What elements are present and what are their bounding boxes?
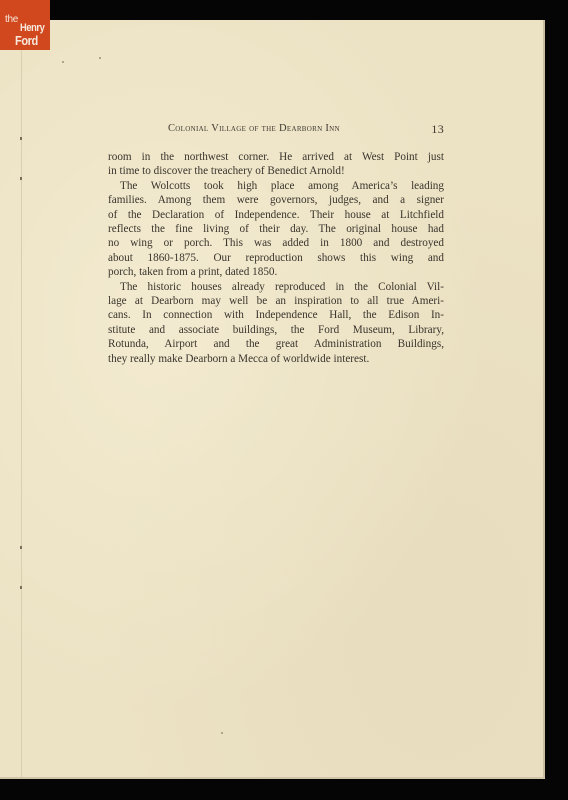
text-line: in time to discover the treachery of Ben…	[108, 164, 444, 178]
page-edge-right	[543, 20, 545, 779]
paragraph-1: room in the northwest corner. He arrived…	[108, 150, 444, 179]
page-edge-bottom	[0, 777, 545, 779]
paragraph-3: The historic houses already reproduced i…	[108, 280, 444, 366]
binding-mark	[20, 177, 22, 180]
text-line: cans. In connection with Independence Ha…	[108, 308, 444, 322]
paragraph-2: The Wolcotts took high place among Ameri…	[108, 179, 444, 280]
running-head-title: Colonial Village of the Dearborn Inn	[168, 123, 340, 134]
binding-mark	[20, 586, 22, 589]
text-line: families. Among them were governors, jud…	[108, 193, 444, 207]
text-line: stitute and associate buildings, the For…	[108, 323, 444, 337]
text-line: about 1860-1875. Our reproduction shows …	[108, 251, 444, 265]
text-line: no wing or porch. This was added in 1800…	[108, 236, 444, 250]
text-line: Rotunda, Airport and the great Administr…	[108, 337, 444, 351]
text-line: reflects the fine living of their day. T…	[108, 222, 444, 236]
paper-speck	[221, 732, 223, 734]
paper-speck	[99, 57, 101, 59]
scanned-page: Colonial Village of the Dearborn Inn 13 …	[0, 20, 545, 779]
text-line: of the Declaration of Independence. Thei…	[108, 208, 444, 222]
logo-the: the	[5, 15, 18, 25]
text-line: room in the northwest corner. He arrived…	[108, 150, 444, 164]
binding-line	[21, 20, 22, 779]
text-line: The historic houses already reproduced i…	[108, 280, 444, 294]
binding-mark	[20, 137, 22, 140]
text-line: The Wolcotts took high place among Ameri…	[108, 179, 444, 193]
logo-ford: Ford	[15, 34, 38, 47]
page-number: 13	[431, 122, 444, 137]
text-line: porch, taken from a print, dated 1850.	[108, 265, 444, 279]
paper-speck	[62, 61, 64, 63]
running-head: Colonial Village of the Dearborn Inn 13	[108, 123, 444, 139]
document-viewer: Colonial Village of the Dearborn Inn 13 …	[0, 0, 568, 800]
text-line: they really make Dearborn a Mecca of wor…	[108, 352, 444, 366]
binding-mark	[20, 546, 22, 549]
body-text: room in the northwest corner. He arrived…	[108, 150, 444, 366]
henry-ford-logo: the Henry Ford	[0, 0, 50, 50]
text-line: lage at Dearborn may well be an inspirat…	[108, 294, 444, 308]
